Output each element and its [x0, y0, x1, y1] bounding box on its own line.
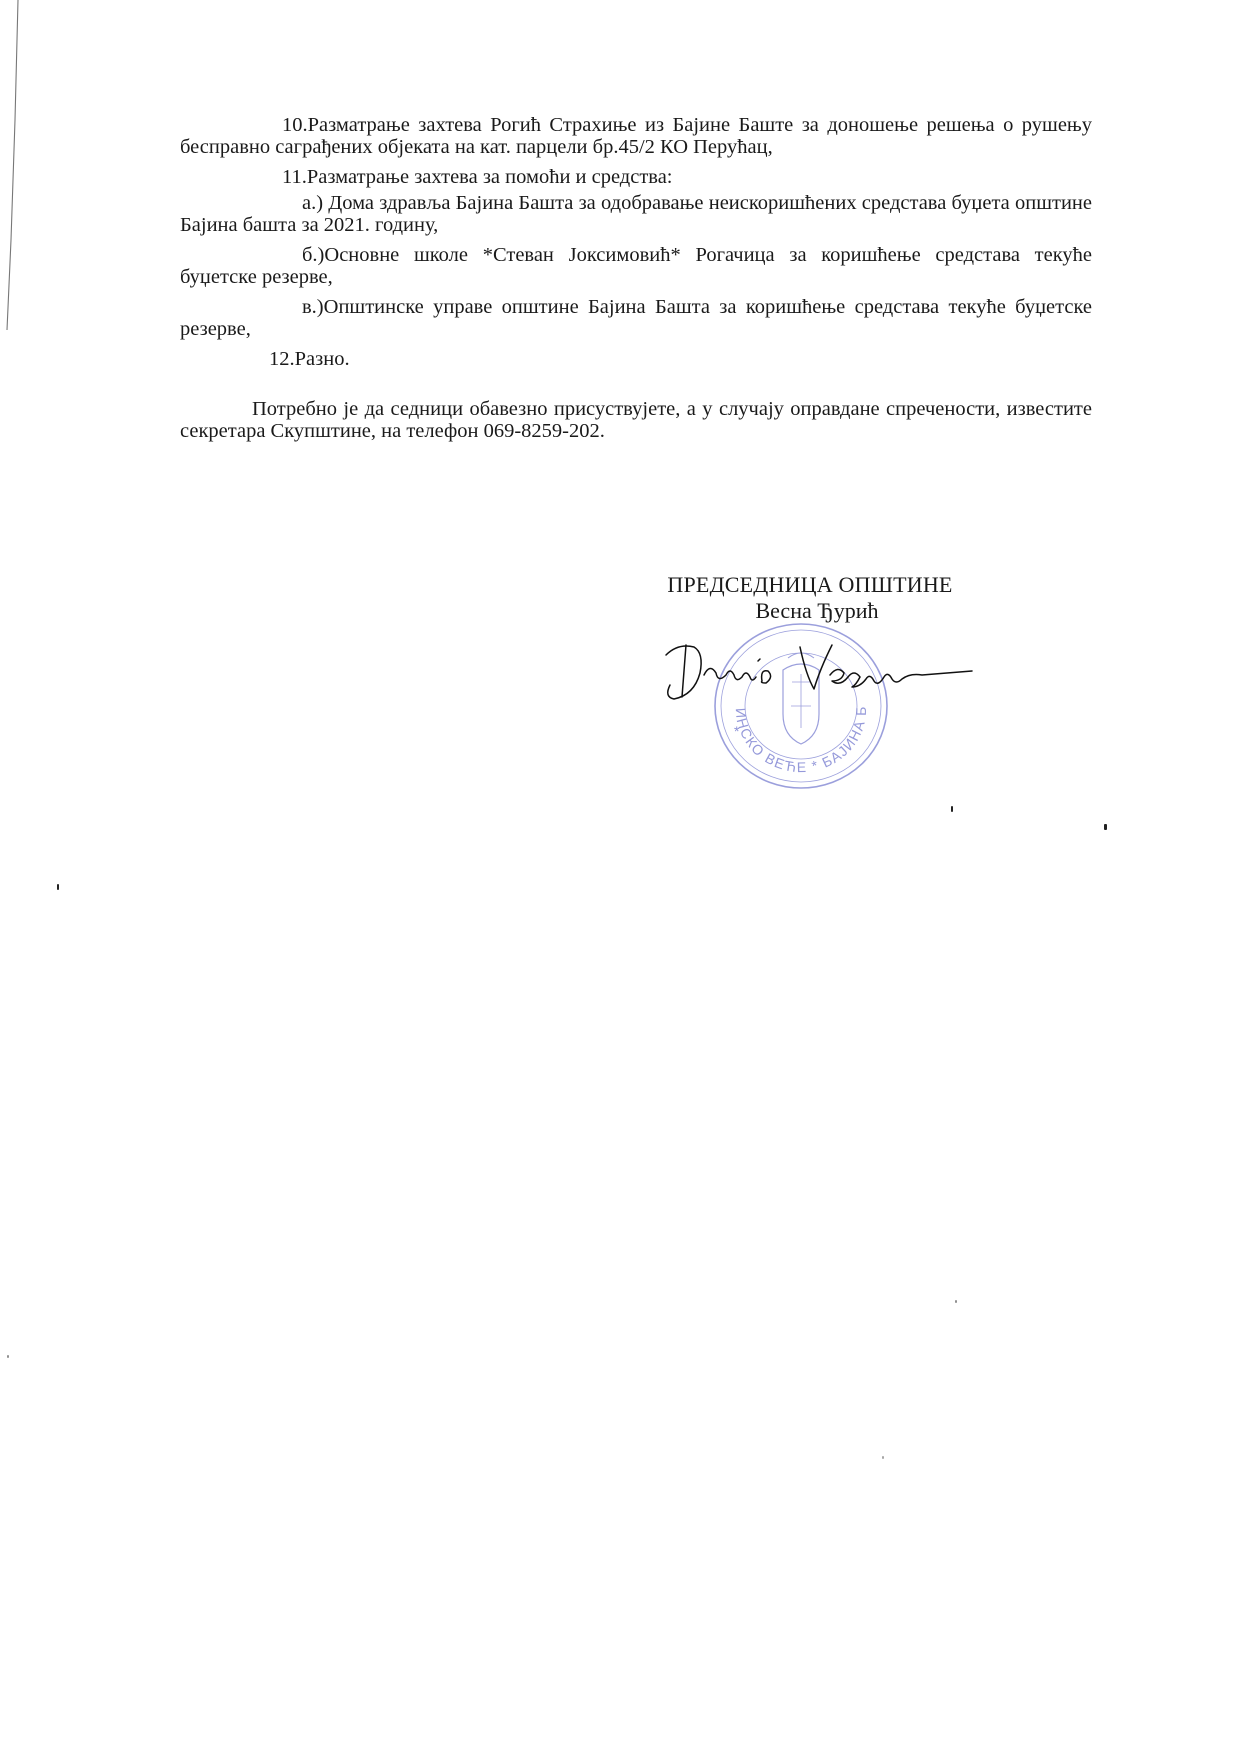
agenda-subitem-b: б.)Основне школе *Стеван Јоксимовић* Рог…: [180, 244, 1092, 288]
scan-speck: [7, 1355, 9, 1358]
agenda-item-number: 12.: [269, 348, 295, 370]
signatory-name: Весна Ђурић: [640, 598, 980, 624]
agenda-subitem-v: в.)Општинске управе општине Бајина Башта…: [180, 296, 1092, 340]
agenda-item-11: 11.Разматрање захтева за помоћи и средст…: [180, 166, 1092, 188]
scan-speck: [951, 806, 953, 812]
agenda-item-10: 10.Разматрање захтева Рогић Страхиње из …: [180, 114, 1092, 158]
closing-paragraph: Потребно је да седници обавезно присуств…: [180, 398, 1092, 442]
handwritten-signature: [660, 625, 980, 710]
agenda-item-text: Разно.: [295, 348, 350, 370]
subitem-label: а.): [302, 192, 323, 214]
agenda-item-text: Разматрање захтева за помоћи и средства:: [307, 166, 673, 188]
agenda-item-text: Разматрање захтева Рогић Страхиње из Бај…: [180, 114, 1092, 158]
agenda-item-number: 11.: [282, 166, 307, 188]
subitem-label: в.): [302, 296, 324, 318]
scan-speck: [882, 1456, 884, 1459]
svg-text:*: *: [734, 723, 740, 739]
scan-speck: [57, 884, 59, 890]
signature-block: ПРЕДСЕДНИЦА ОПШТИНЕ Весна Ђурић: [640, 572, 980, 624]
scan-line-artifact: [0, 0, 30, 360]
document-body: 10.Разматрање захтева Рогић Страхиње из …: [180, 114, 1092, 442]
signatory-title: ПРЕДСЕДНИЦА ОПШТИНЕ: [640, 572, 980, 598]
scan-speck: [1104, 824, 1107, 830]
scan-speck: [955, 1300, 957, 1303]
agenda-subitem-a: а.) Дома здравља Бајина Башта за одобрав…: [180, 192, 1092, 236]
subitem-label: б.): [302, 244, 324, 266]
agenda-item-number: 10.: [282, 114, 308, 136]
agenda-item-12: 12.Разно.: [180, 348, 1092, 370]
